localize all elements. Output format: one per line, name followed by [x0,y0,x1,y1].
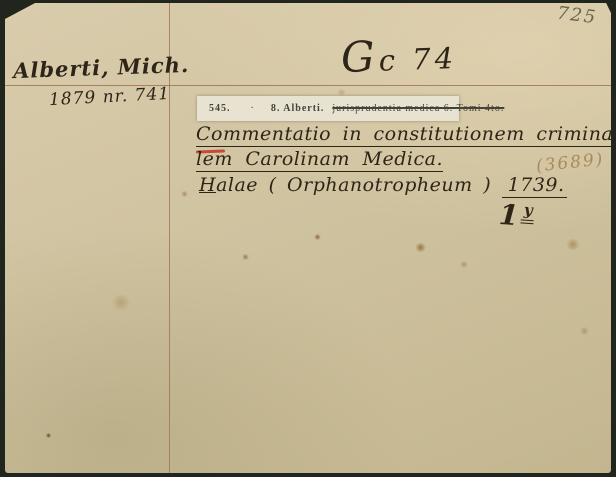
volume-mark: y [521,200,535,224]
fox-stain [337,89,346,96]
fox-stain [242,254,249,260]
slip-struck-text: jurisprudentia medica 6. Tomi 4to. [332,103,504,114]
shelfmark: Gc 74 [340,29,458,82]
fox-stain [181,191,188,197]
fox-stain [111,295,131,310]
slip-entry: 8. Alberti. [271,103,325,114]
imprint-year: 1739. [502,174,567,198]
accession-number: 1879 nr. 741 [49,84,171,110]
title-line-2: lem Carolinam Medica. [196,148,443,172]
volume-statement: 1y [498,198,532,233]
fox-stain [580,327,589,335]
imprint-place: Halae ( Orphanotropheum ) [199,174,491,196]
scanned-catalog-card-image: { "colors": { "background": "#20261e", "… [0,0,616,477]
author-heading: Alberti, Mich. [13,52,190,83]
corner-pencil-number: 725 [556,3,599,29]
catalog-card: 725 Alberti, Mich. 1879 nr. 741 Gc 74 54… [5,3,611,473]
title-line-1: Commentatio in constitutionem crimina- [196,123,616,147]
slip-number: 545. [209,103,231,114]
slip-separator: · [251,103,255,114]
pencil-number: (3689) [535,149,605,176]
fox-stain [460,261,468,268]
printed-slip: 545. · 8. Alberti. jurisprudentia medica… [197,96,459,121]
fox-stain [415,243,426,252]
fox-stain [46,433,51,438]
ruled-line-horizontal [5,85,611,86]
volume-number: 1 [498,198,520,232]
imprint-line: Halae ( Orphanotropheum ) 1739. [199,174,567,196]
fox-stain [314,234,321,240]
fox-stain [566,239,580,250]
